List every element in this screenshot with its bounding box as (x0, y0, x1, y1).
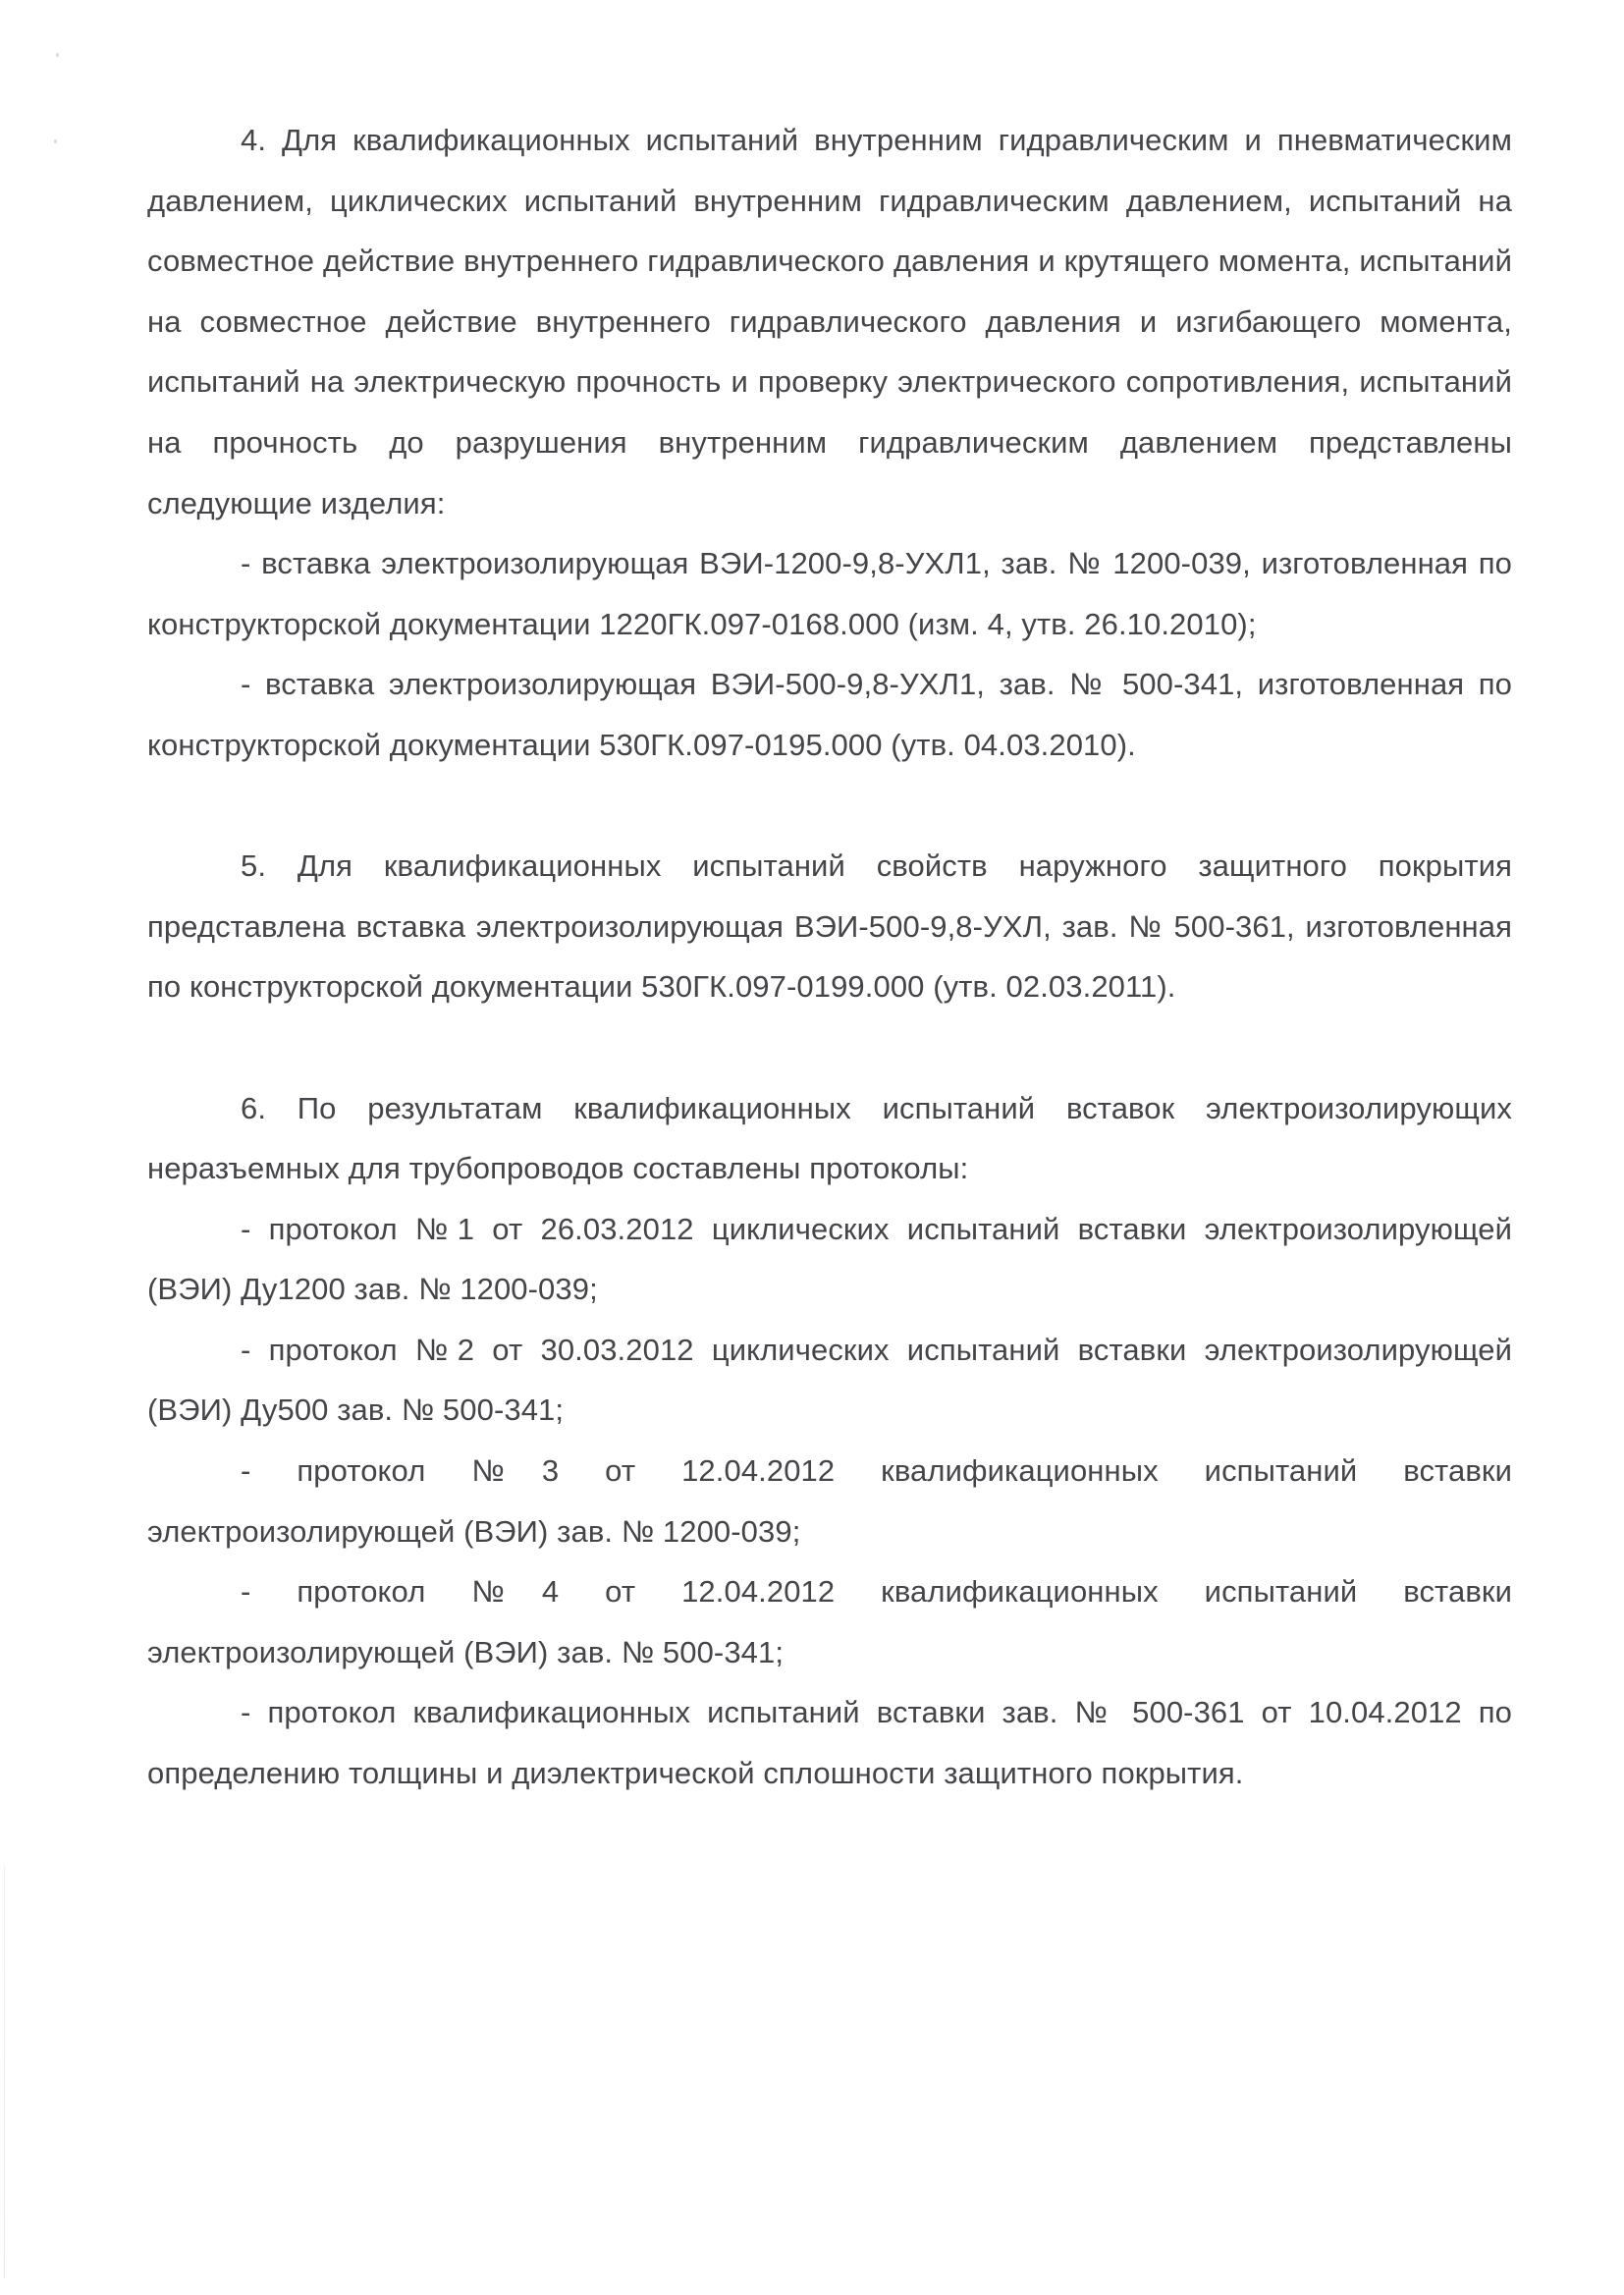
protocol-item-2: - протокол №2 от 30.03.2012 циклических … (147, 1320, 1512, 1441)
section-4-item-1: - вставка электроизолирующая ВЭИ-1200-9,… (147, 533, 1512, 654)
scan-edge-line (4, 1866, 5, 2278)
protocol-item-5: - протокол квалификационных испытаний вс… (147, 1682, 1512, 1803)
section-4: 4. Для квалификационных испытаний внутре… (147, 110, 1512, 776)
scan-speck (56, 53, 59, 57)
paragraph-spacer (147, 776, 1512, 837)
section-5-text: 5. Для квалификационных испытаний свойст… (147, 836, 1512, 1017)
paragraph-spacer (147, 1017, 1512, 1078)
section-6: 6. По результатам квалификационных испыт… (147, 1078, 1512, 1804)
protocol-item-1: - протокол №1 от 26.03.2012 циклических … (147, 1199, 1512, 1320)
document-body: 4. Для квалификационных испытаний внутре… (147, 110, 1512, 1804)
section-4-intro: 4. Для квалификационных испытаний внутре… (147, 110, 1512, 533)
section-4-item-2: - вставка электроизолирующая ВЭИ-500-9,8… (147, 654, 1512, 775)
section-5: 5. Для квалификационных испытаний свойст… (147, 836, 1512, 1017)
section-6-intro: 6. По результатам квалификационных испыт… (147, 1078, 1512, 1199)
document-page: 4. Для квалификационных испытаний внутре… (0, 0, 1624, 2295)
protocol-item-3: - протокол №3 от 12.04.2012 квалификацио… (147, 1441, 1512, 1561)
scan-speck (54, 139, 57, 143)
protocol-item-4: - протокол №4 от 12.04.2012 квалификацио… (147, 1561, 1512, 1682)
